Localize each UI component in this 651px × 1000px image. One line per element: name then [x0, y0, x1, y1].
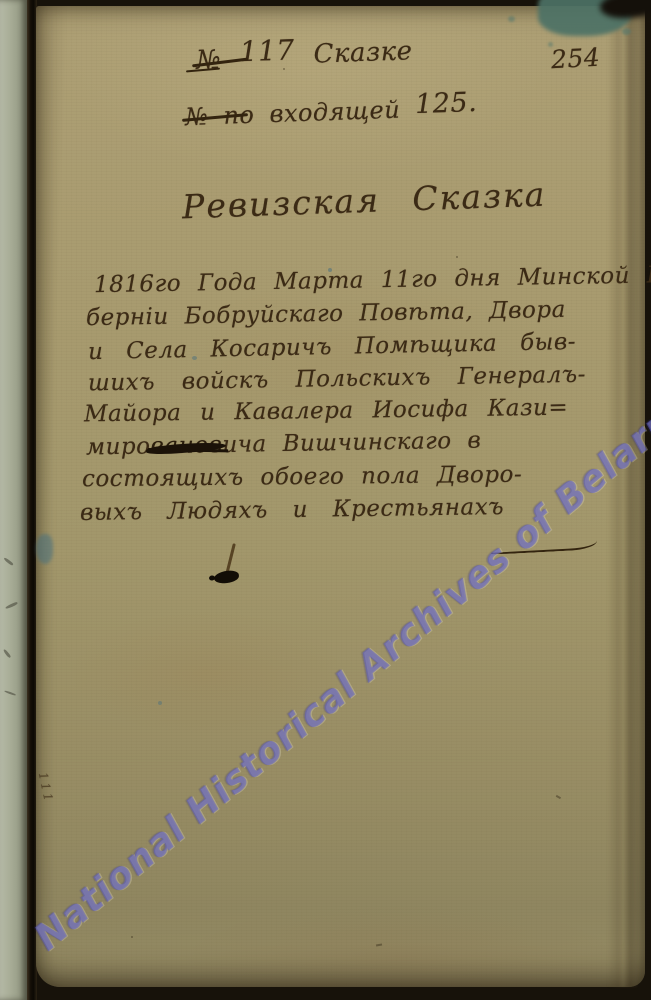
header-entry-1-word: Сказке: [313, 36, 413, 69]
body-line: и Села Косаричъ Помѣщика быв-: [88, 329, 576, 365]
bleed-through-mark: [5, 601, 18, 609]
blue-smudge-stain: [36, 534, 53, 564]
header-entry-2: № по входящей 125.: [185, 91, 478, 132]
document-title: Ревизская Сказка: [181, 175, 547, 227]
paper-fiber-speck: [456, 256, 458, 258]
paper-fiber-speck: [556, 795, 561, 799]
body-line: берніи Бобруйскаго Повѣта, Двора: [86, 297, 566, 331]
body-line: мировановича Вишчинскаго в: [86, 428, 482, 461]
scanned-archive-page: 254 № 117 Сказке № по входящей 125. Реви…: [0, 0, 651, 1000]
body-line: шихъ войскъ Польскихъ Генералъ-: [88, 362, 586, 397]
previous-page-edge: [0, 0, 27, 1000]
struck-word: ванов: [150, 432, 222, 459]
header-entry-1: № 117 Сказке: [195, 35, 413, 76]
body-line-fragment: миро: [86, 433, 151, 460]
ink-blot: [213, 570, 239, 585]
teal-speck: [548, 42, 553, 47]
ink-speck: [158, 701, 162, 705]
paragraph-end-flourish: [491, 531, 598, 555]
paper-fiber-speck: [376, 943, 382, 946]
margin-note: 111: [36, 771, 56, 805]
manuscript-page: 254 № 117 Сказке № по входящей 125. Реви…: [36, 6, 645, 987]
body-line-fragment: ича Вишчинскаго в: [222, 428, 481, 459]
header-entry-1-number: 117: [239, 33, 295, 68]
paper-fiber-speck: [131, 936, 133, 938]
page-number: 254: [550, 43, 601, 75]
right-edge-crease: [607, 6, 637, 987]
header-entry-2-label: по входящей: [223, 96, 401, 130]
body-line: Майора и Кавалера Иосифа Кази=: [84, 395, 569, 428]
bleed-through-mark: [3, 649, 12, 659]
bleed-through-mark: [4, 690, 16, 696]
header-entry-2-number: 125.: [415, 87, 478, 120]
body-line: состоящихъ обоего пола Дворо-: [82, 462, 522, 493]
teal-speck: [622, 28, 631, 35]
body-line: выхъ Людяхъ и Крестьянахъ: [80, 494, 504, 526]
teal-speck: [508, 16, 515, 22]
body-line: 1816го Года Марта 11го дня Минской Гу-: [94, 262, 651, 298]
bleed-through-mark: [3, 557, 14, 566]
